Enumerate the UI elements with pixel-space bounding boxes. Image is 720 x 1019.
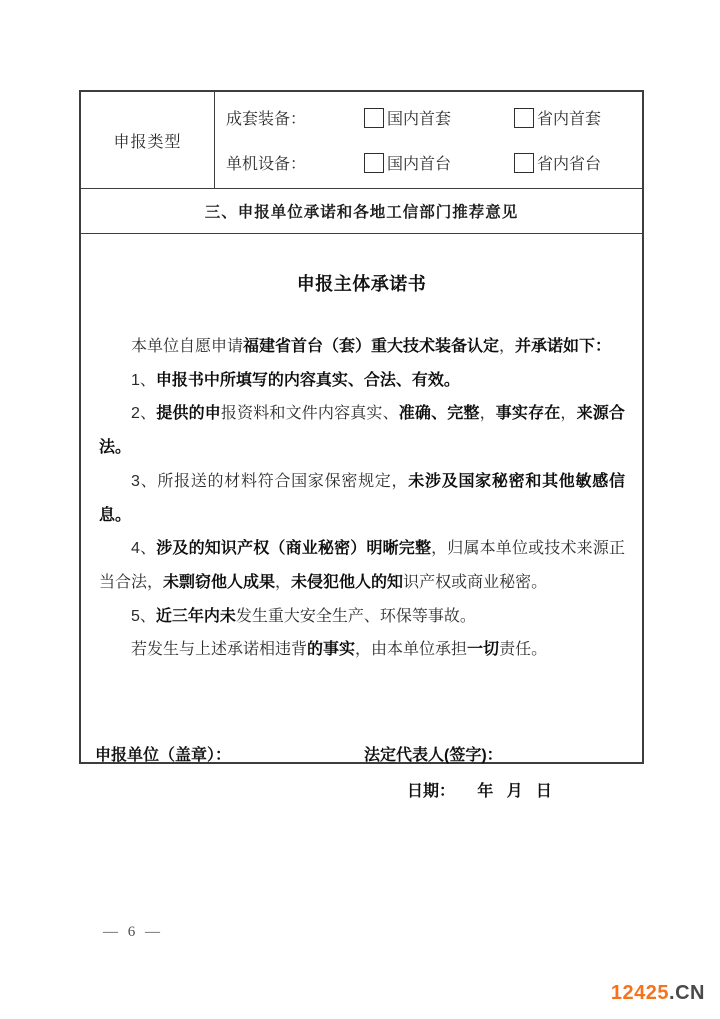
text-segment: 一切	[467, 641, 499, 658]
commitment-body: 本单位自愿申请福建省首台（套）重大技术装备认定，并承诺如下：1、申报书中所填写的…	[99, 330, 625, 667]
text-segment: 责任。	[499, 641, 547, 658]
text-segment: 未剽窃他人成果	[163, 574, 275, 591]
checkbox-national-first-unit[interactable]	[364, 153, 384, 173]
text-segment: ，	[499, 338, 515, 355]
signature-unit-label: 申报单位（盖章）：	[95, 742, 231, 765]
option-national-first-unit: 国内首台	[364, 151, 514, 174]
commitment-section: 申报主体承诺书 本单位自愿申请福建省首台（套）重大技术装备认定，并承诺如下：1、…	[81, 272, 642, 800]
commitment-paragraph: 3、所报送的材料符合国家保密规定，未涉及国家秘密和其他敏感信息。	[99, 465, 625, 532]
checkbox-provincial-first-set[interactable]	[514, 108, 534, 128]
text-segment: ，	[480, 405, 496, 422]
section-header: 三、申报单位承诺和各地工信部门推荐意见	[81, 189, 642, 234]
checkbox-national-first-set[interactable]	[364, 108, 384, 128]
text-segment: 若发生与上述承诺相违背	[131, 641, 307, 658]
option-label: 国内首台	[387, 151, 451, 174]
text-segment: 1、	[131, 372, 156, 389]
text-segment: ，由本单位承担	[355, 641, 467, 658]
equipment-set-row: 成套装备： 国内首套 省内首套	[226, 106, 642, 130]
option-provincial-first-set: 省内首套	[514, 106, 601, 129]
single-unit-label: 单机设备：	[226, 151, 364, 174]
signature-legal-rep-label: 法定代表人(签字)：	[364, 742, 503, 765]
declaration-type-options: 成套装备： 国内首套 省内首套 单机设备： 国内首台 省内省	[215, 92, 642, 188]
checkbox-provincial-first-unit[interactable]	[514, 153, 534, 173]
text-segment: 发生重大安全生产、环保等事故。	[236, 608, 476, 625]
text-segment: 涉及的知识产权（商业秘密）明晰完整	[156, 540, 431, 557]
text-segment: 提供的申	[156, 405, 221, 422]
declaration-table: 申报类型 成套装备： 国内首套 省内首套 单机设备： 国内首台	[79, 90, 644, 764]
single-unit-row: 单机设备： 国内首台 省内省台	[226, 151, 642, 175]
commitment-title: 申报主体承诺书	[81, 272, 642, 296]
text-segment: 3、	[131, 473, 157, 490]
commitment-paragraph: 若发生与上述承诺相违背的事实，由本单位承担一切责任。	[99, 633, 625, 667]
option-label: 省内省台	[537, 151, 601, 174]
watermark-number: 12425	[611, 982, 669, 1004]
option-provincial-first-unit: 省内省台	[514, 151, 601, 174]
site-watermark: 12425.CN	[611, 982, 705, 1005]
text-segment: ，	[275, 574, 291, 591]
signature-date-line: 日期： 年 月 日	[407, 778, 552, 801]
declaration-type-row: 申报类型 成套装备： 国内首套 省内首套 单机设备： 国内首台	[81, 92, 642, 189]
text-segment: 5、	[131, 608, 156, 625]
text-segment: 未侵犯他人的知	[291, 574, 403, 591]
text-segment: ，	[560, 405, 576, 422]
commitment-paragraph: 本单位自愿申请福建省首台（套）重大技术装备认定，并承诺如下：	[99, 330, 625, 364]
text-segment: 本单位自愿申请	[131, 338, 243, 355]
text-segment: 所报送的材料符合国家保密规定，	[157, 473, 408, 490]
text-segment: 报资料和文件内容真实、	[221, 405, 399, 422]
commitment-paragraph: 4、涉及的知识产权（商业秘密）明晰完整，归属本单位或技术来源正当合法，未剽窃他人…	[99, 532, 625, 599]
text-segment: 近三年内未	[156, 608, 236, 625]
option-national-first-set: 国内首套	[364, 106, 514, 129]
text-segment: 准确、完整	[399, 405, 480, 422]
option-label: 国内首套	[387, 106, 451, 129]
commitment-paragraph: 1、申报书中所填写的内容真实、合法、有效。	[99, 364, 625, 398]
text-segment: 识产权或商业秘密。	[403, 574, 547, 591]
commitment-paragraph: 5、近三年内未发生重大安全生产、环保等事故。	[99, 600, 625, 634]
text-segment: 福建省首台（套）重大技术装备认定	[243, 338, 499, 355]
watermark-suffix: .CN	[669, 982, 705, 1004]
text-segment: 并承诺如下：	[515, 338, 611, 355]
text-segment: 申报书中所填写的内容真实、合法、有效。	[156, 372, 460, 389]
text-segment: 4、	[131, 540, 156, 557]
text-segment: 2、	[131, 405, 156, 422]
text-segment: 事实存在	[496, 405, 561, 422]
text-segment: 的事实	[307, 641, 355, 658]
commitment-paragraph: 2、提供的申报资料和文件内容真实、准确、完整，事实存在，来源合法。	[99, 397, 625, 464]
equipment-set-label: 成套装备：	[226, 106, 364, 129]
page-number: — 6 —	[103, 924, 163, 941]
declaration-type-header: 申报类型	[81, 92, 215, 188]
option-label: 省内首套	[537, 106, 601, 129]
